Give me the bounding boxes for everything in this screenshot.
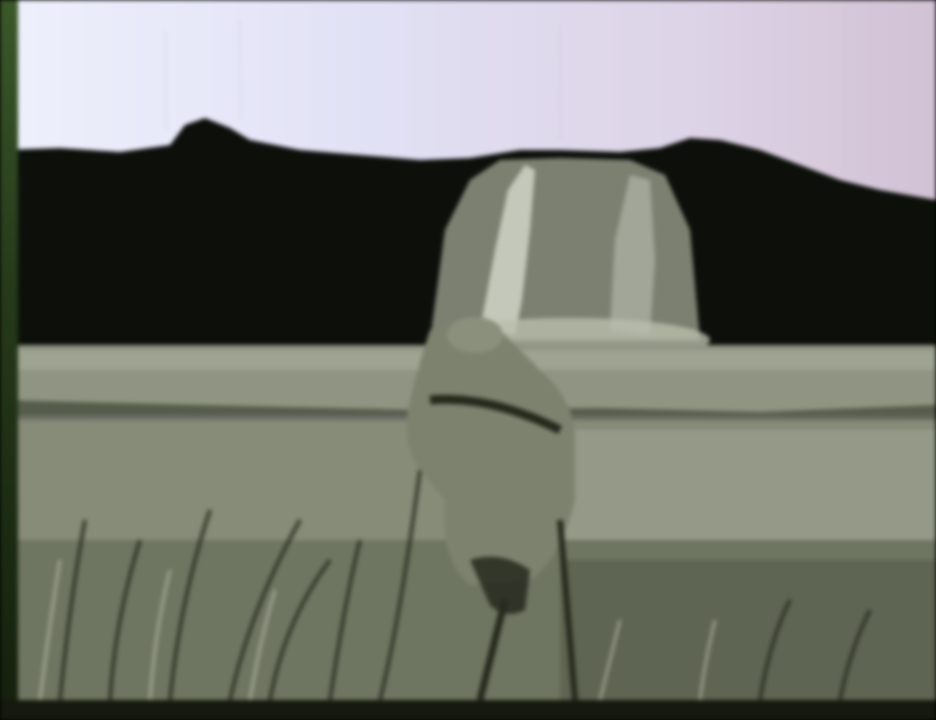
film-edge-bottom bbox=[0, 700, 936, 720]
film-edge-left bbox=[0, 0, 18, 720]
scene-illustration bbox=[0, 0, 936, 720]
film-still bbox=[0, 0, 936, 720]
film-scratches bbox=[165, 20, 561, 140]
